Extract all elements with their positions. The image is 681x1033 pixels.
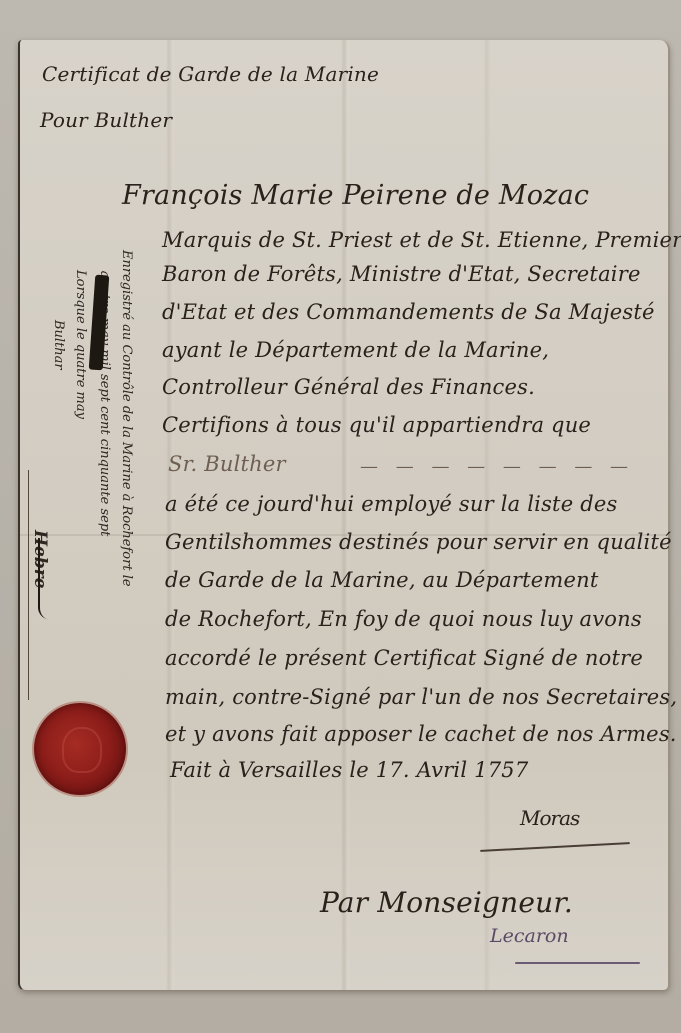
signature-lecaron: Lecaron [490, 925, 569, 947]
body-line-10: de Garde de la Marine, au Département [165, 568, 599, 592]
date-line: Fait à Versailles le 17. Avril 1757 [170, 758, 528, 782]
issuer-name: François Marie Peirene de Mozac [122, 180, 589, 211]
body-line-8: a été ce jourd'hui employé sur la liste … [165, 492, 617, 516]
fill-dashes: — — — — — — — — [360, 456, 634, 477]
signature-moras: Moras [520, 806, 579, 830]
countersign-flourish [515, 962, 640, 964]
body-line-2: Baron de Forêts, Ministre d'Etat, Secret… [162, 262, 641, 286]
body-line-13: main, contre-Signé par l'un de nos Secre… [165, 685, 677, 709]
margin-line-3: Lorsque le quatre may [73, 270, 88, 419]
body-line-5: Controlleur Général des Finances. [162, 375, 535, 399]
body-line-9: Gentilshommes destinés pour servir en qu… [165, 530, 672, 554]
body-line-3: d'Etat et des Commandements de Sa Majest… [162, 300, 655, 324]
body-line-4: ayant le Département de la Marine, [162, 338, 549, 362]
document-title: Certificat de Garde de la Marine [42, 62, 379, 86]
body-line-14: et y avons fait apposer le cachet de nos… [165, 722, 677, 746]
margin-flourish [38, 538, 64, 623]
margin-annotation: Enregistré au Contrôle de la Marine à Ro… [30, 250, 140, 720]
margin-rule-line [28, 470, 29, 700]
document-subtitle: Pour Bulther [40, 108, 172, 132]
body-line-12: accordé le présent Certificat Signé de n… [165, 646, 643, 670]
countersign-label: Par Monseigneur. [320, 886, 573, 919]
margin-line-4: Bulthar [51, 320, 66, 370]
body-line-6: Certifions à tous qu'il appartiendra que [162, 413, 591, 437]
margin-line-1: Enregistré au Contrôle de la Marine à Ro… [119, 250, 134, 587]
body-line-1: Marquis de St. Priest et de St. Etienne,… [162, 228, 681, 252]
recipient-name: Sr. Bulther [168, 452, 286, 476]
wax-seal [34, 703, 126, 795]
body-line-11: de Rochefort, En foy de quoi nous luy av… [165, 607, 642, 631]
